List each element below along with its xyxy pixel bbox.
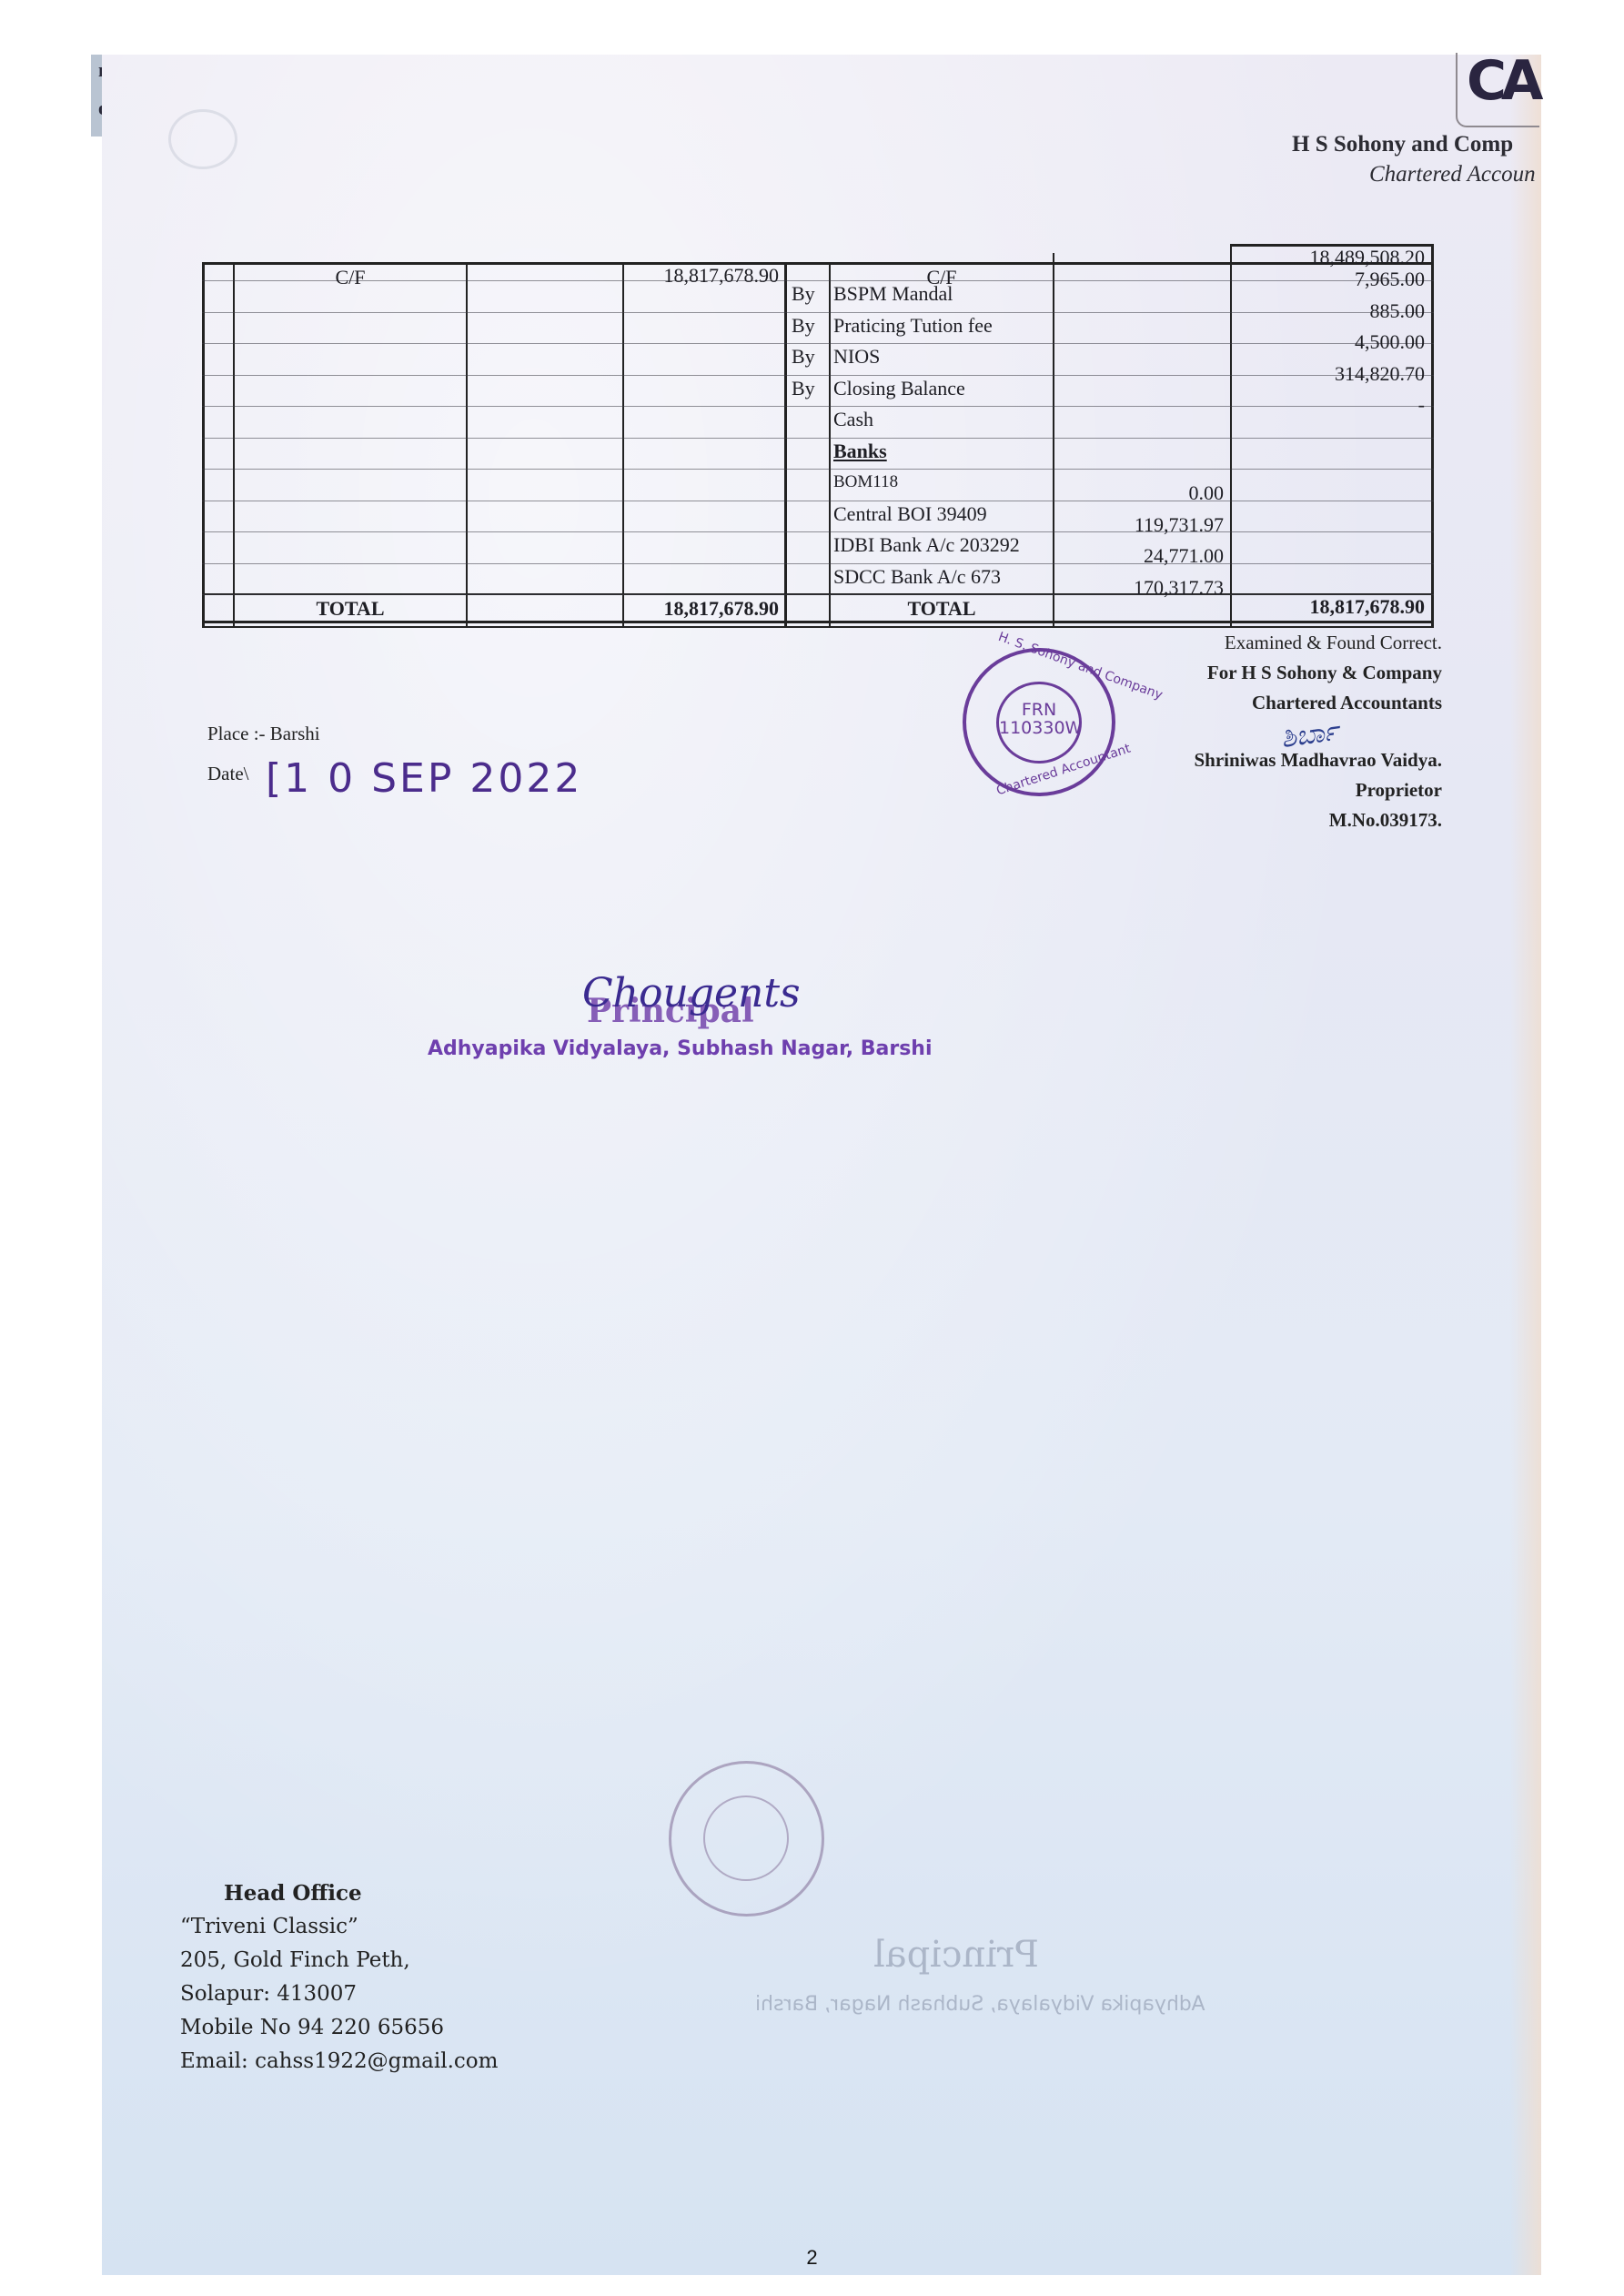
firm-name: H S Sohony and Comp xyxy=(1292,132,1513,157)
row-particular: Closing Balance xyxy=(833,377,965,400)
bleed-through-principal: Principal xyxy=(873,1934,1039,1976)
row-amount: 885.00 xyxy=(1232,299,1425,323)
col-divider xyxy=(466,262,468,626)
date-label: Date\ xyxy=(207,763,248,785)
page-number: 2 xyxy=(0,2246,1624,2270)
stamp-frn-number: 110330W xyxy=(999,719,1079,737)
row-sub-amount: 170,317.73 xyxy=(1054,576,1224,600)
col-divider xyxy=(1053,253,1054,626)
left-cf-label: C/F xyxy=(235,266,466,289)
row-rule xyxy=(202,531,1434,532)
row-particular: IDBI Bank A/c 203292 xyxy=(833,533,1020,557)
col-divider xyxy=(622,262,624,626)
address-line: “Triveni Classic” xyxy=(180,1910,498,1944)
row-prefix: By xyxy=(792,345,815,369)
row-rule xyxy=(202,438,1434,439)
row-particular: BSPM Mandal xyxy=(833,282,953,306)
table-border-left xyxy=(202,262,205,628)
row-particular: Central BOI 39409 xyxy=(833,502,987,526)
row-prefix: By xyxy=(792,314,815,338)
head-office-address: Head Office “Triveni Classic” 205, Gold … xyxy=(180,1876,498,2079)
phone-line: Mobile No 94 220 65656 xyxy=(180,2011,498,2045)
row-particular: NIOS xyxy=(833,345,880,369)
row-particular: Banks xyxy=(833,440,887,463)
principal-school: Adhyapika Vidyalaya, Subhash Nagar, Bars… xyxy=(428,1037,933,1060)
email-line: Email: cahss1922@gmail.com xyxy=(180,2045,498,2079)
row-particular: BOM118 xyxy=(833,470,898,494)
bleed-through-school: Adhyapika Vidyalaya, Subhash Nagar, Bars… xyxy=(755,1993,1205,2016)
firm-subtitle: Chartered Accoun xyxy=(1369,162,1536,187)
row-rule xyxy=(202,469,1434,470)
row-amount: 7,965.00 xyxy=(1232,268,1425,291)
row-prefix: By xyxy=(792,282,815,306)
table-border-right xyxy=(1431,244,1434,628)
date-stamp: [1 0 SEP 2022 xyxy=(266,755,582,802)
membership-number: M.No.039173. xyxy=(1119,805,1442,835)
ca-logo-text: CA xyxy=(1467,49,1538,113)
address-line: Solapur: 413007 xyxy=(180,1977,498,2011)
stamp-inner-ring: FRN 110330W xyxy=(996,682,1082,764)
row-sub-amount: 0.00 xyxy=(1054,481,1224,505)
signatory-role: Proprietor xyxy=(1119,775,1442,805)
table-border-bottom xyxy=(202,621,1434,623)
bleed-through-stamp-inner xyxy=(703,1795,789,1881)
col-divider xyxy=(233,262,235,626)
address-line: 205, Gold Finch Peth, xyxy=(180,1944,498,1977)
col-divider xyxy=(829,262,831,626)
ca-seal-stamp: H. S. Sohony and Company FRN 110330W Cha… xyxy=(963,648,1115,796)
row-rule xyxy=(202,501,1434,501)
row-amount: - xyxy=(1232,393,1425,417)
row-amount: 4,500.00 xyxy=(1232,330,1425,354)
right-total-amount: 18,817,678.90 xyxy=(1232,595,1425,619)
stamp-frn: FRN 110330W xyxy=(999,701,1079,737)
head-office-title: Head Office xyxy=(180,1876,498,1910)
ca-logo: CA xyxy=(1456,53,1539,127)
place: Place :- Barshi xyxy=(207,723,320,745)
left-cf-amount: 18,817,678.90 xyxy=(624,264,779,288)
page-edge-shade xyxy=(1510,55,1541,2275)
right-total-label: TOTAL xyxy=(831,597,1053,621)
row-particular: SDCC Bank A/c 673 xyxy=(833,565,1001,589)
row-amount: 314,820.70 xyxy=(1232,362,1425,386)
receipts-payments-table: C/F 18,817,678.90 TOTAL 18,817,678.90 C/… xyxy=(202,244,1434,635)
firm-designation: Chartered Accountants xyxy=(1119,688,1442,718)
principal-signature: Chougents xyxy=(582,970,801,1017)
row-sub-amount: 119,731.97 xyxy=(1054,513,1224,537)
row-particular: Praticing Tution fee xyxy=(833,314,993,338)
row-rule xyxy=(202,563,1434,564)
signatory-name: Shriniwas Madhavrao Vaidya. xyxy=(1119,745,1442,775)
left-total-amount: 18,817,678.90 xyxy=(624,597,779,621)
row-sub-amount: 24,771.00 xyxy=(1054,544,1224,568)
bleed-through-stamp xyxy=(669,1761,824,1917)
row-particular: Cash xyxy=(833,408,873,431)
examined-note: Examined & Found Correct. xyxy=(1119,628,1442,658)
col-divider-center xyxy=(784,262,787,626)
row-prefix: By xyxy=(792,377,815,400)
for-firm: For H S Sohony & Company xyxy=(1119,658,1442,688)
left-total-label: TOTAL xyxy=(235,597,466,621)
right-cf-amount: 18,489,508.20 xyxy=(1232,246,1425,269)
stamp-frn-label: FRN xyxy=(999,701,1079,719)
faded-logo xyxy=(168,109,237,169)
